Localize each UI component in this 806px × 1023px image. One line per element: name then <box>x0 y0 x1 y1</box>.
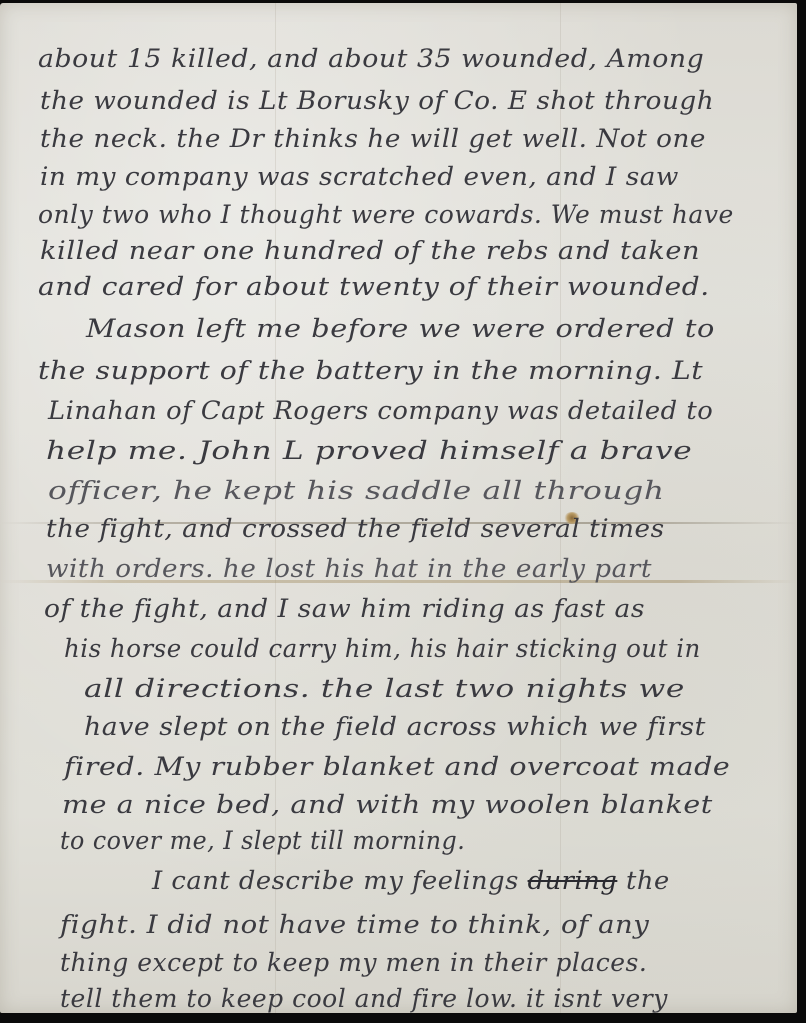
text-line: all directions. the last two nights we <box>84 674 685 703</box>
struck-through-word: during <box>528 866 618 895</box>
handwritten-text-body: about 15 killed, and about 35 wounded, A… <box>0 0 797 1013</box>
text-line: to cover me, I slept till morning. <box>60 826 465 855</box>
text-line: thing except to keep my men in their pla… <box>60 948 647 977</box>
text-line: fired. My rubber blanket and overcoat ma… <box>64 752 730 781</box>
text-line: me a nice bed, and with my woolen blanke… <box>62 790 713 819</box>
text-line: the support of the battery in the mornin… <box>38 356 703 385</box>
text-line: his horse could carry him, his hair stic… <box>64 634 701 663</box>
text-segment: the <box>617 866 669 895</box>
text-line: only two who I thought were cowards. We … <box>38 200 734 229</box>
text-segment: I cant describe my feelings <box>152 866 528 895</box>
text-line-with-correction: I cant describe my feelings during the <box>152 866 670 895</box>
text-line: the neck. the Dr thinks he will get well… <box>40 124 706 153</box>
text-line: of the fight, and I saw him riding as fa… <box>44 594 645 623</box>
text-line: the fight, and crossed the field several… <box>46 514 665 543</box>
text-line: have slept on the field across which we … <box>84 712 706 741</box>
text-line: in my company was scratched even, and I … <box>40 162 679 191</box>
text-line: and cared for about twenty of their woun… <box>38 272 710 301</box>
text-line: killed near one hundred of the rebs and … <box>40 236 700 265</box>
text-line: with orders. he lost his hat in the earl… <box>46 554 652 583</box>
text-line: fight. I did not have time to think, of … <box>60 910 649 939</box>
text-line: the wounded is Lt Borusky of Co. E shot … <box>40 86 714 115</box>
text-line: help me. John L proved himself a brave <box>46 436 692 465</box>
text-line: Linahan of Capt Rogers company was detai… <box>48 396 713 425</box>
text-line: about 15 killed, and about 35 wounded, A… <box>38 44 704 73</box>
text-line: tell them to keep cool and fire low. it … <box>60 984 668 1013</box>
text-line: officer, he kept his saddle all through <box>48 476 665 505</box>
text-line: Mason left me before we were ordered to <box>86 314 715 343</box>
